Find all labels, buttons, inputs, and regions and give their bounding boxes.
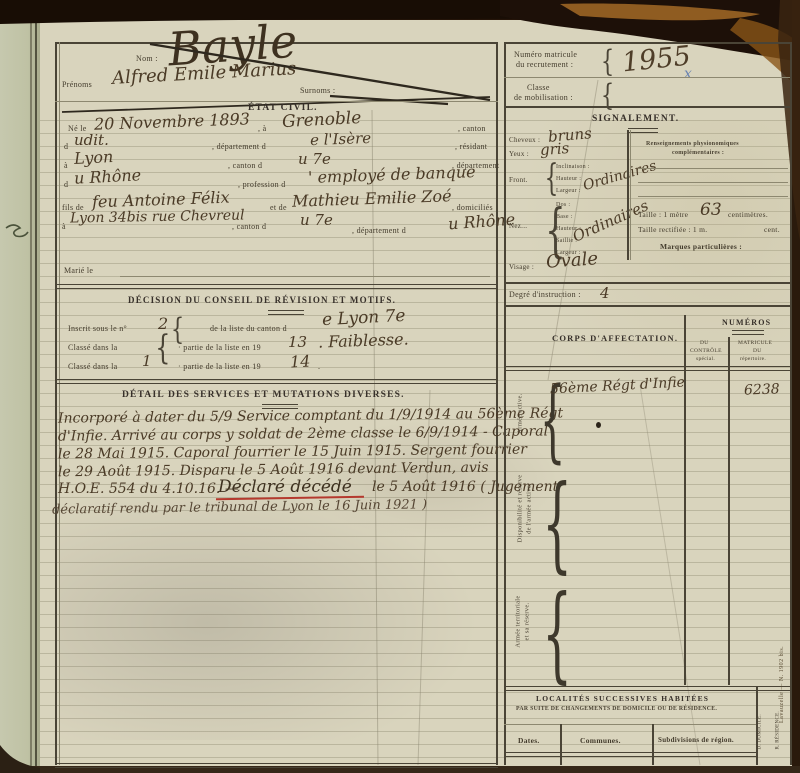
a-label: à [62,222,66,231]
armee-territoriale-label: et sa réserve. [524,582,531,662]
row-divider [504,752,756,757]
domicile-legend: D. DOMICILE. [758,700,763,750]
inscrit-label: Inscrit sous le n° [68,324,127,333]
nez-dos-label: Dos : [556,202,570,208]
residant-label: , résidant [455,142,487,151]
matricule-header: répertoire. [740,356,766,362]
partie-liste-label: · partie de la liste en 19 [178,343,261,352]
classe-mobilisation-label: Classe [527,83,550,92]
renseignements-label: complémentaires : [672,150,724,156]
blank-line [120,276,490,277]
inner-divider [627,130,629,260]
matricule-header: DU [753,348,762,354]
row-divider [504,77,790,78]
controle-header: CONTRÔLE [690,348,722,354]
birthplace-handwritten: Grenoble [282,108,362,132]
localites-title: LOCALITÉS SUCCESSIVES HABITÉES [536,694,709,703]
numero-matricule-label: du recrutement : [516,60,573,69]
visage-value-handwritten: Ovale [545,248,598,273]
localites-subtitle: PAR SUITE DE CHANGEMENTS DE DOMICILE OU … [516,706,717,712]
a-label: , à [258,124,266,133]
taille-label: Taille : 1 mètre [638,210,688,219]
section-divider [55,284,498,289]
visage-label: Visage : [509,263,534,271]
form-border [504,42,506,765]
row-divider [504,724,756,725]
row-divider [504,305,792,307]
service-record-line: H.O.E. 554 du 4.10.16. — [58,481,239,497]
services-title: DÉTAIL DES SERVICES ET MUTATIONS DIVERSE… [122,390,405,400]
blank-line [638,196,788,197]
taille-value-handwritten: 63 [700,200,722,220]
margin-scribble [6,225,28,237]
signalement-title: SIGNALEMENT. [592,114,679,124]
a-label: à [64,161,68,170]
armee-active-label: Armée active. [517,374,524,454]
canton-label: , canton [458,124,486,133]
departement-value-handwritten: u Rhône [74,165,142,187]
table-column-line [728,337,730,685]
departement-label: , département d [352,226,406,235]
canton-value-handwritten: udit. [74,131,109,149]
title-underline [732,330,764,335]
declared-dead-phrase: Déclaré décédé [218,477,352,497]
d-label: d [64,180,68,189]
brace-glyph: { [601,44,614,79]
decision-title: DÉCISION DU CONSEIL DE RÉVISION ET MOTIF… [128,295,396,305]
residence-handwritten: Lyon [74,147,114,168]
classe-label: Classé dans la [68,343,118,352]
blank-line [638,168,788,169]
classe-label: Classé dans la [68,362,118,371]
period-glyph: . [318,362,320,371]
blue-check-mark: x [684,66,692,82]
d-label: d [64,142,68,151]
nez-base-label: Base : [556,214,573,220]
inner-divider [630,130,631,260]
profession-label: , profession d [238,180,286,189]
form-border [504,42,792,44]
canton-value-handwritten: u 7e [300,211,333,229]
cheveux-label: Cheveux : [509,136,540,144]
disponibilite-label: Disponibilité et réserve [517,454,524,564]
degre-value-handwritten: 4 [600,284,610,302]
taille-rectifiee-label: Taille rectifiée : 1 m. [638,225,707,234]
brace-glyph: { [542,462,572,584]
matricule-header: MATRICULE [738,340,772,346]
controle-header: spécial. [696,356,715,362]
printer-imprint: Lavauzelle — N. 1902 bis. [779,603,785,723]
front-largeur-label: Largeur : [556,188,581,194]
armee-territoriale-label: Armée territoriale [515,572,522,672]
address-handwritten: Lyon 34bis rue Chevreul [70,207,245,226]
marie-le-label: Marié le [64,266,93,275]
row-divider [55,101,498,102]
annee-value-handwritten: 13 [288,333,307,351]
section-divider [55,379,498,384]
front-inclinaison-label: Inclinaison : [556,164,590,170]
section-divider [504,106,792,108]
liste-canton-label: de la liste du canton d [210,324,287,333]
canton-label: , canton d [232,222,266,231]
brace-glyph: { [155,328,170,368]
canton-value-handwritten: u 7e [298,150,331,168]
taille-rectifiee-unit: cent. [764,225,780,234]
front-label: Front. [509,176,528,184]
disponibilite-label: de l'armée active. [526,464,533,554]
numero-matricule-label: Numéro matricule [514,50,577,59]
title-underline [268,310,304,315]
marques-particulieres-label: Marques particulières : [660,242,742,251]
et-de-label: et de [270,203,287,212]
ink-blot [596,422,601,428]
departement-label: , département d [212,142,266,151]
brace-glyph: { [542,572,572,694]
canton-label: , canton d [228,161,262,170]
blank-line [638,182,788,183]
scanned-military-record-page: Nom : Bayle Prénoms Alfred Emile Marius … [0,0,800,773]
table-column-line [684,315,686,685]
motif-handwritten: . Faiblesse. [318,329,409,351]
yeux-value-handwritten: gris [539,139,569,159]
departement-value-handwritten: e l'Isère [310,129,372,149]
yeux-label: Yeux : [509,150,529,158]
renseignements-label: Renseignements physionomiques [646,141,739,147]
communes-column-header: Communes. [580,736,621,745]
controle-header: DU [700,340,709,346]
taille-unit-label: centimètres. [728,210,768,219]
degre-instruction-label: Degré d'instruction : [509,290,581,299]
subdivisions-column-header: Subdivisions de région. [658,736,734,744]
corps-affectation-header: CORPS D'AFFECTATION. [552,333,678,343]
form-border [55,763,498,768]
front-hauteur-label: Hauteur : [556,176,581,182]
classe-value-handwritten: 1 [142,352,152,370]
row-divider [504,282,792,284]
form-border [790,42,792,765]
partie-liste-label: · partie de la liste en 19 [178,362,261,371]
nez-label: Nez... [509,222,527,230]
table-column-line [560,724,562,765]
numeros-header: NUMÉROS [722,318,771,327]
table-column-line [652,724,654,765]
section-divider [504,686,792,691]
classe-mobilisation-label: de mobilisation : [514,93,573,102]
title-underline [628,128,658,133]
brace-glyph: { [601,78,614,113]
brace-glyph: { [171,312,184,347]
annee-value-handwritten: 14 [290,351,311,371]
dates-column-header: Dates. [518,736,540,745]
matricule-entry-handwritten: 6238 [744,381,780,398]
